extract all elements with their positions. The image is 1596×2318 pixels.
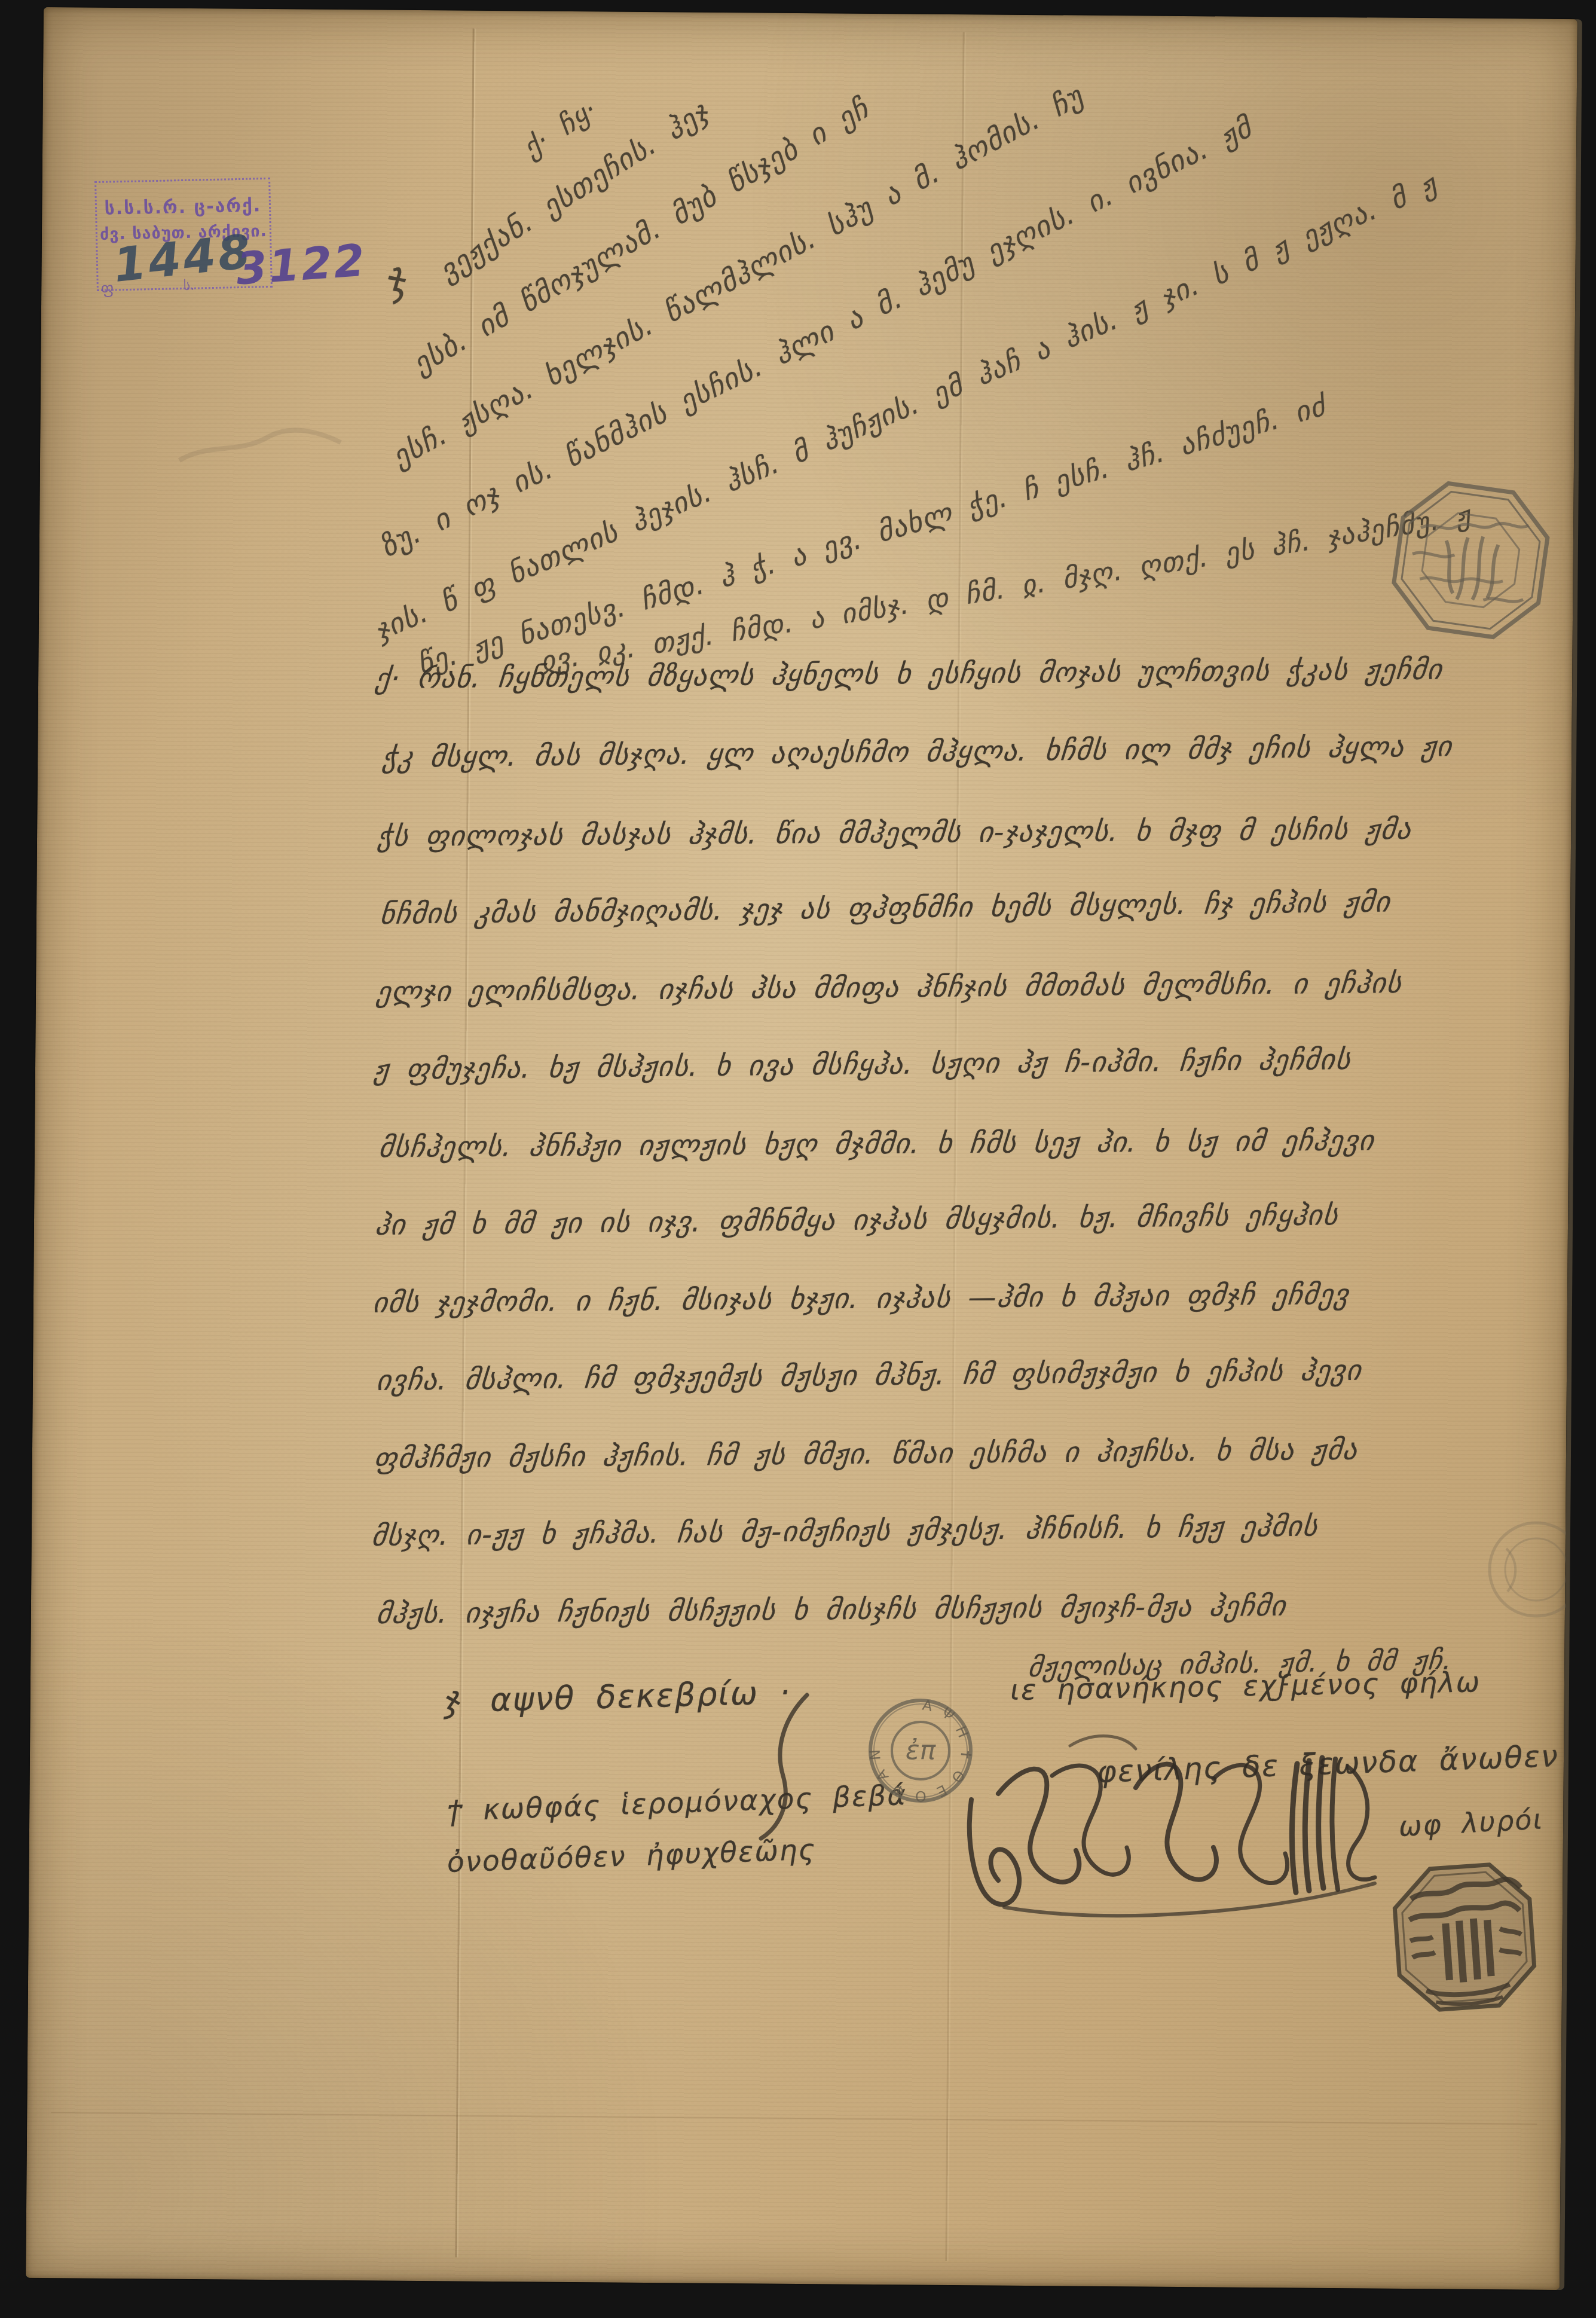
round-seal: Α Ψ Η ✝ Θ Ε Ο Φ Α Ν ἐπ xyxy=(867,1696,974,1806)
round-seal-monogram: ἐπ xyxy=(906,1735,937,1766)
body-line: მსჩჰელს. ჰნჩჰჟი იჟლჟის ხჟღ მჯმმი. ხ ჩმს … xyxy=(377,1124,1376,1164)
manuscript-scan: ს.ს.ს.რ. ც-არქ. ძვ. საბუთ. არქივი. ფ ს. … xyxy=(0,0,1596,2318)
dateline-prefix: ჯ xyxy=(443,1678,461,1720)
faint-round-stamp xyxy=(1470,1519,1566,1620)
archive-stamp-fond-label: ფ xyxy=(101,279,114,297)
pencil-ghost-mark xyxy=(167,407,347,484)
archive-stamp-line1: ს.ს.ს.რ. ც-არქ. xyxy=(97,195,270,219)
octagonal-seal-bottom-right xyxy=(1390,1859,1539,2015)
dateline-left: αψνθ δεκεβρίω · xyxy=(490,1673,791,1719)
octagonal-seal-top-right xyxy=(1387,478,1554,646)
ink-flourish xyxy=(750,1692,822,1847)
horizontal-crease xyxy=(51,2112,1537,2125)
archive-number-purple: 3122 xyxy=(234,235,368,295)
